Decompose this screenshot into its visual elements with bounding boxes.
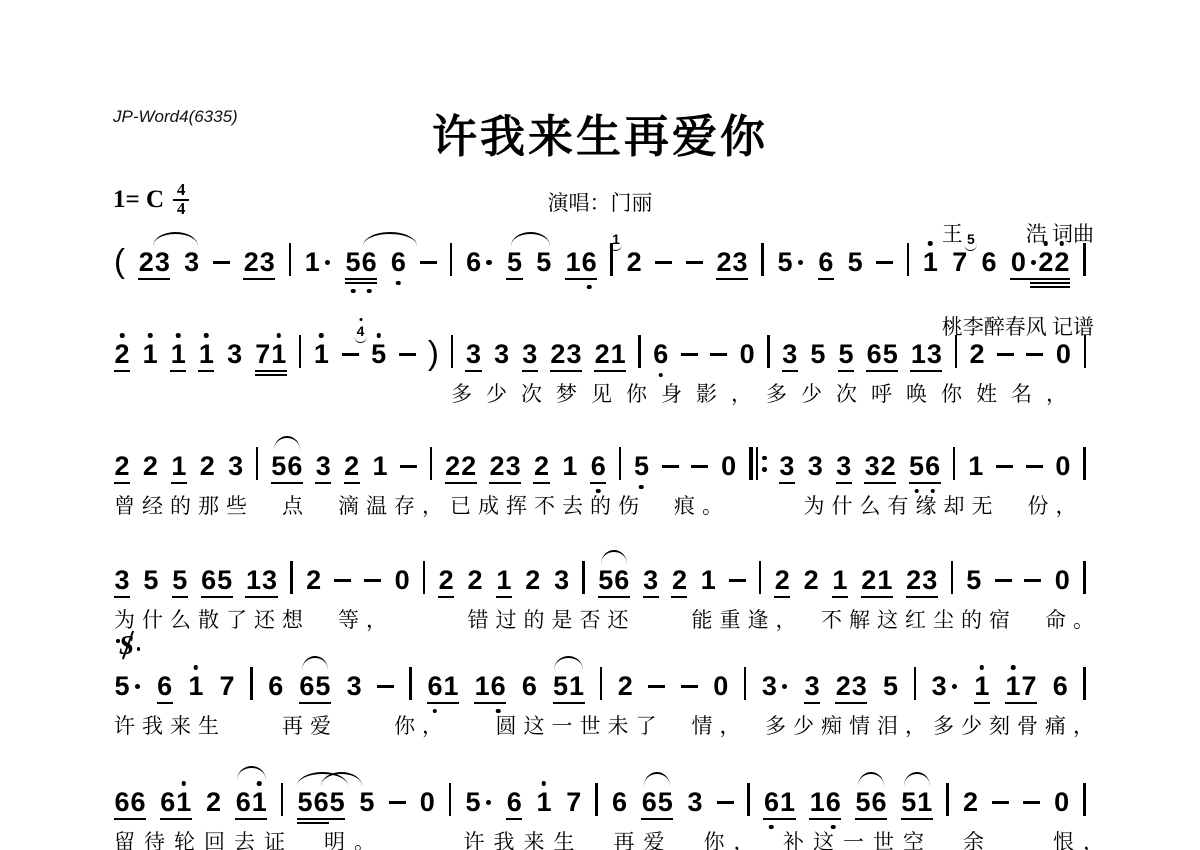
augmentation-dot [486,260,492,266]
note: 1 [188,672,204,700]
note: 1 [809,788,825,816]
note-group: 6 [1052,672,1068,700]
underline [855,818,887,820]
note-group: 6 [590,452,606,480]
note-digit: 1 [1006,672,1021,700]
note: 2 [550,340,566,368]
note: 3 [643,566,659,594]
duration-dash [996,465,1013,468]
note: 6 [641,788,657,816]
note-digit: 1 [917,788,932,816]
note-group: 3 [315,452,331,480]
note-digit: 1 [443,672,458,700]
underline [835,702,867,704]
slur-arc [601,550,627,564]
note: 1 [443,672,459,700]
note: 6 [818,248,834,276]
note-digit: 3 [922,566,937,594]
note-digit: 2 [804,566,819,594]
note-group: 23 [835,672,867,700]
note: 3 [922,566,938,594]
underline [114,818,146,820]
slur-arc [153,232,198,246]
note: 6 [114,788,130,816]
underline [170,370,186,372]
note: 6 [361,248,377,276]
octave-dot-above [928,241,933,246]
note-group: 3 [931,672,959,700]
note: 5 [657,788,673,816]
note-group: 3 [184,248,200,276]
note-digit: 3 [733,248,748,276]
note: 1 [779,788,795,816]
note-digit: 1 [810,788,825,816]
note: 6 [466,248,494,276]
note: 3 [505,452,521,480]
underline [1005,702,1037,704]
note-digit: 5 [115,672,130,700]
note-digit: 0 [1055,452,1070,480]
note-group: 1 [496,566,512,594]
octave-dot-above [1044,241,1049,246]
note-digit: 3 [155,248,170,276]
note: 3 [804,672,820,700]
note: 1 [968,452,984,480]
music-line-6-notes: 666126156550561766536116565120 [114,786,1086,816]
note: 1 [304,248,332,276]
note: 2 [716,248,732,276]
note: 5 [901,788,917,816]
barline [450,243,452,276]
slur-arc [302,656,328,670]
note-digit: 5 [901,788,916,816]
singer-label: 演唱：门丽 [0,187,1200,217]
note-group: 5 [633,452,649,480]
octave-dot-below [351,289,356,294]
barline [747,783,749,816]
barline [299,335,301,368]
note: 5 [966,566,982,594]
note-group: 1 [188,672,204,700]
note-group: 5 [172,566,188,594]
note-group: 3 [494,340,510,368]
note: 3 [315,452,331,480]
octave-dot-below [367,289,372,294]
duration-dash [420,261,437,264]
note-group: 3 [522,340,538,368]
note-group: 2 [525,566,541,594]
note-group: 16 [565,248,597,276]
note: 6 [506,788,522,816]
barline [914,667,916,700]
repeat-start-barline [749,447,767,480]
duration-dash [717,801,734,804]
note: 3 [864,452,880,480]
note: 6 [925,452,941,480]
grace-tie-arc [354,336,367,343]
note-digit: 5 [143,566,158,594]
note-digit: 5 [883,340,898,368]
note-digit: 2 [445,452,460,480]
underline [671,596,687,598]
note-digit: 6 [287,452,302,480]
note-digit: 6 [582,248,597,276]
note-digit: 2 [143,452,158,480]
underline [838,370,854,372]
note: 5 [633,452,649,480]
note: 1 [877,566,893,594]
underline [866,370,898,372]
duration-dash [710,353,727,356]
note-digit: 6 [764,788,779,816]
note: 6 [871,788,887,816]
note: 3 [154,248,170,276]
underline [171,482,187,484]
note-group: 1 [922,248,938,276]
note: 12 [626,248,642,276]
note-digit: 6 [391,248,406,276]
note-group: 1 [968,452,984,480]
note-digit: 1 [566,248,581,276]
note-digit: 2 [627,248,642,276]
note-group: 2 [467,566,483,594]
augmentation-dot [1031,260,1037,266]
octave-dot-above [376,333,381,338]
note: 1 [610,340,626,368]
note-group: 2 [969,340,985,368]
segno-icon: S [116,630,140,662]
note: 1 [832,566,848,594]
note: 5 [345,248,361,276]
barline [250,667,252,700]
note: 5 [882,340,898,368]
note-digit: 2 [534,452,549,480]
underline [1030,282,1070,284]
note-group: 61 [427,672,459,700]
note: 56 [981,248,997,276]
barline [955,335,957,368]
barline [759,561,761,594]
note: 2 [206,788,222,816]
note-group: 56 [855,788,887,816]
note-digit: 1 [536,788,551,816]
lyrics-line-5: 许我来生 再爱 你， 圆这一世未了 情， 多少痴情泪，多少刻骨痛， [114,710,1101,740]
underline [255,374,287,376]
note-digit: 2 [963,788,978,816]
note-digit: 2 [490,452,505,480]
note: 1 [1005,672,1021,700]
duration-dash [992,801,1009,804]
slur-arc [274,436,300,450]
note: 5 [909,452,925,480]
note: 2 [243,248,259,276]
underline [1010,278,1070,280]
note-digit: 1 [246,566,261,594]
note-group: 1 [304,248,332,276]
note: 0 [1010,248,1038,276]
octave-dot-below [587,285,592,290]
note: 5 [536,248,552,276]
duration-dash [213,261,230,264]
note-digit: 6 [466,248,481,276]
slur-arc [511,232,549,246]
music-line-3: 2212356321222321650333325610 曾经的那些 点 滴温存… [114,450,1086,480]
note-group: 3 [779,452,795,480]
barline [595,783,597,816]
note: 5 [143,566,159,594]
note: 6 [390,248,406,276]
duration-dash [389,801,406,804]
note-group: 6 [466,248,494,276]
underline [782,370,798,372]
barline [1083,561,1085,594]
note: 0 [419,788,435,816]
note: 1 [313,340,329,368]
note-digit: 0 [395,566,410,594]
note-digit: 7 [1022,672,1037,700]
note-digit: 5 [839,340,854,368]
note-group: 6 [390,248,406,276]
barline [256,447,258,480]
note-group: 2 [306,566,322,594]
note-group: 7 [219,672,235,700]
note: 5 [553,672,569,700]
note: 3 [346,672,362,700]
note: 2 [445,452,461,480]
note-digit: 5 [966,566,981,594]
note: 1 [922,248,938,276]
underline [818,278,834,280]
note-digit: 5 [217,566,232,594]
note-digit: 6 [612,788,627,816]
barline [423,561,425,594]
duration-dash [342,353,359,356]
underline [271,482,303,484]
duration-dash [648,685,665,688]
note: 3 [465,340,481,368]
underline [594,370,626,372]
note-group: 65 [641,788,673,816]
note-digit: 5 [172,566,187,594]
note-group: 0 [739,340,755,368]
note-group: 2 [114,452,130,480]
note-group: 1 [974,672,990,700]
note-group: 565 [297,788,345,816]
note-digit: 6 [131,788,146,816]
note: 6 [235,788,251,816]
note: 2 [114,340,130,368]
note: 7 [219,672,235,700]
underline [565,278,597,280]
note-digit: 3 [927,340,942,368]
note-group: 1 [198,340,214,368]
duration-dash [1026,353,1043,356]
note: 3 [782,340,798,368]
note-digit: 2 [672,566,687,594]
note-digit: 6 [491,672,506,700]
note: 3 [494,340,510,368]
slur-arc [858,772,884,786]
note-digit: 2 [836,672,851,700]
barline [409,667,411,700]
underline [299,702,331,704]
duration-dash [399,353,416,356]
note: 5 [777,248,805,276]
note-digit: 3 [566,340,581,368]
note: 2 [835,672,851,700]
note: 6 [287,452,303,480]
note: 1 [176,788,192,816]
note: 2 [880,452,896,480]
note: 2 [533,452,549,480]
song-title: 许我来生再爱你 [0,100,1200,165]
note-digit: 3 [227,340,242,368]
note-digit: 2 [861,566,876,594]
duration-dash [655,261,672,264]
note-digit: 2 [618,672,633,700]
duration-dash [681,353,698,356]
note-group: 61 [763,788,795,816]
note-group: 56 [981,248,997,276]
note-group: 56 [598,566,630,594]
note-digit: 2 [775,566,790,594]
note: 1 [496,566,512,594]
note-digit: 6 [427,672,442,700]
note: 1 [700,566,716,594]
note: 1 [142,340,158,368]
note-group: 0 [713,672,729,700]
note: 1 [198,340,214,368]
note-digit: 2 [881,452,896,480]
sheet-music-page: JP-Word4(6335) 许我来生再爱你 王 浩 词曲 桃李醉春风 记谱 1… [0,0,1200,850]
note: 6 [313,788,329,816]
underline [836,482,852,484]
underline [245,596,277,598]
note: 5 [847,248,863,276]
underline [550,370,582,372]
note-group: 022 [1010,248,1070,276]
slur-arc [363,232,418,246]
note-digit: 5 [634,452,649,480]
underline [114,596,130,598]
note-digit: 6 [871,788,886,816]
note-digit: 5 [778,248,793,276]
note-group: 2 [671,566,687,594]
note: 3 [554,566,570,594]
note-digit: 5 [271,452,286,480]
augmentation-dot [798,260,804,266]
note: 2 [963,788,979,816]
note-digit: 2 [1054,248,1069,276]
note-digit: 1 [974,672,989,700]
note-digit: 0 [721,452,736,480]
note-digit: 1 [923,248,938,276]
note-group: 1 [313,340,329,368]
duration-dash [691,465,708,468]
note-group: 3 [465,340,481,368]
note-digit: 1 [373,452,388,480]
note: 2 [861,566,877,594]
note-group: 23 [906,566,938,594]
note-digit: 5 [507,248,522,276]
note: 6 [581,248,597,276]
augmentation-dot [135,684,141,690]
note-digit: 7 [952,248,967,276]
note: 5 [329,788,345,816]
note: 5 [359,788,375,816]
note-digit: 5 [909,452,924,480]
note: 1 [171,452,187,480]
note-group: 0 [394,566,410,594]
note: 3 [227,340,243,368]
barline [290,561,292,594]
note-group: 23 [138,248,170,276]
note-group: 0 [721,452,737,480]
note-digit: 1 [475,672,490,700]
note: 2 [1038,248,1054,276]
note: 6 [268,672,284,700]
note: 7 [566,788,582,816]
note-digit: 6 [314,788,329,816]
note-digit: 1 [271,340,286,368]
note-group: 1 [536,788,552,816]
note-group: 56 [345,248,377,276]
note-digit: 5 [298,788,313,816]
note-group: 1 [170,340,186,368]
note-group: 6 [818,248,834,276]
slur-arc [554,656,583,670]
note-digit: 2 [595,340,610,368]
note-group: 7 [952,248,968,276]
note-group: 23 [489,452,521,480]
note: 6 [653,340,669,368]
note-group: 16 [474,672,506,700]
note: 1 [565,248,581,276]
underline [172,596,188,598]
note-group: 5 [966,566,982,594]
note-group: 5 [838,340,854,368]
note: 2 [617,672,633,700]
note-digit: 2 [115,340,130,368]
note: 2 [671,566,687,594]
note: 3 [851,672,867,700]
grace-note: 5 [967,233,975,246]
underline [496,596,512,598]
note: 7 [1021,672,1037,700]
note: 5 [114,672,142,700]
note: 2 [344,452,360,480]
note-group: 5 [882,672,898,700]
note-digit: 5 [855,788,870,816]
note-digit: 6 [642,788,657,816]
augmentation-dot [325,260,331,266]
note: 1 [170,340,186,368]
note-digit: 0 [1054,788,1069,816]
augmentation-dot [782,684,788,690]
underline [445,482,477,484]
underline [315,482,331,484]
note-digit: 1 [569,672,584,700]
note-digit: 3 [316,452,331,480]
note-group: 5 [810,340,826,368]
note-digit: 6 [653,340,668,368]
octave-dot-above [1060,241,1065,246]
duration-dash [729,579,746,582]
note-group: 61 [235,788,267,816]
note-group: 5 [506,248,522,276]
note-digit: 2 [244,248,259,276]
note: 6 [1052,672,1068,700]
